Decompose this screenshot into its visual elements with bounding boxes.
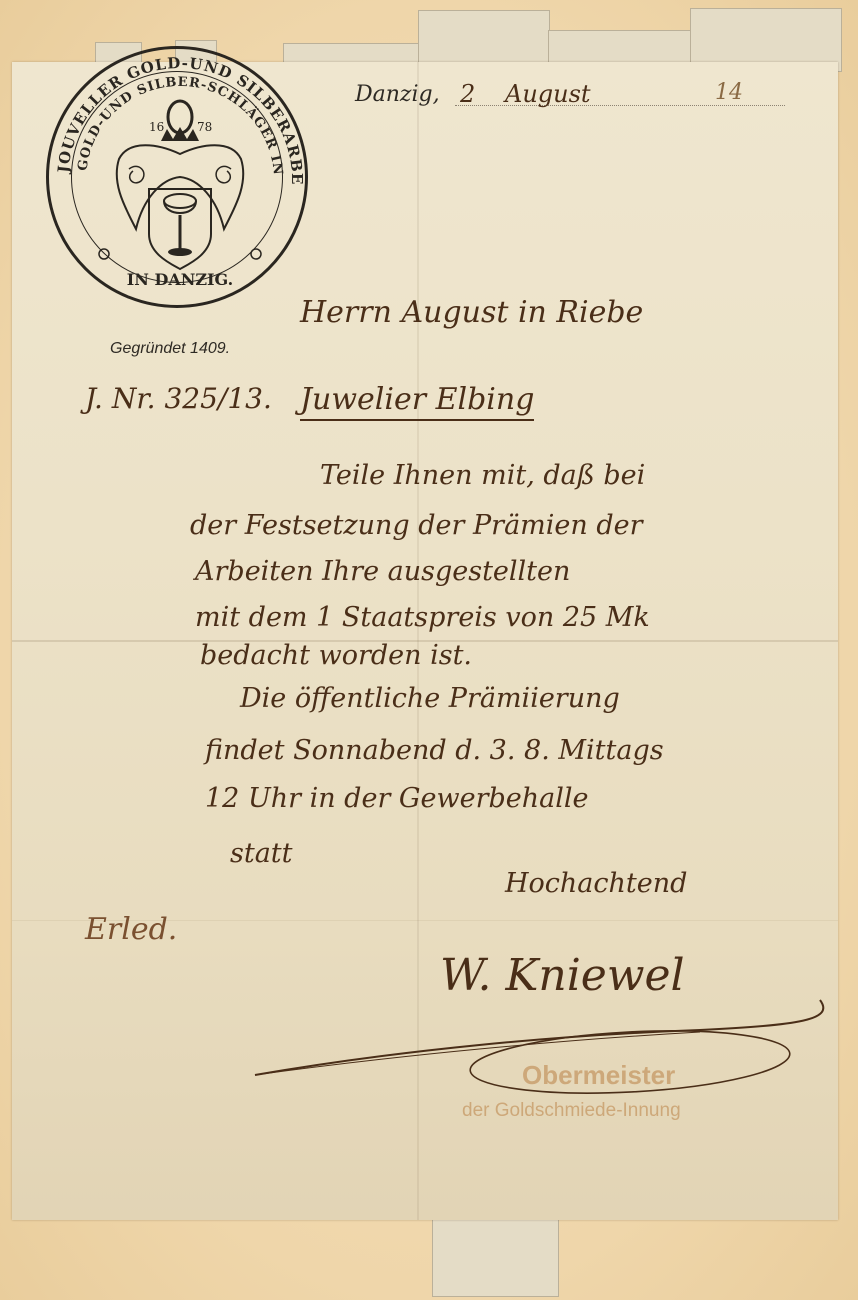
guild-seal: JOUVELLER GOLD-UND SILBERARBEITER GOLD-U… [46, 46, 308, 308]
seal-bottom-text: IN DANZIG. [127, 270, 233, 289]
body-line: Arbeiten Ihre ausgestellten [195, 556, 570, 587]
seal-year-right: 78 [197, 120, 212, 134]
place-printed: Danzig, [355, 82, 440, 107]
recipient-line-2: Juwelier Elbing [300, 382, 534, 421]
margin-note: Erled. [85, 912, 177, 947]
body-line: statt [230, 838, 293, 869]
body-line: mit dem 1 Staatspreis von 25 Mk [195, 602, 650, 633]
date-day: 2 [460, 80, 475, 108]
closing: Hochachtend [505, 868, 687, 899]
seal-emblem-icon: JOUVELLER GOLD-UND SILBERARBEITER GOLD-U… [49, 49, 311, 311]
torn-tab [432, 1210, 559, 1297]
reference-number: J. Nr. 325/13. [85, 382, 272, 415]
date-year: 14 [715, 80, 743, 105]
body-line: der Festsetzung der Prämien der [190, 510, 643, 541]
stamp-title: Obermeister [522, 1060, 675, 1091]
seal-year-left: 16 [149, 120, 164, 134]
stamp-subtitle: der Goldschmiede-Innung [462, 1100, 681, 1122]
body-line: findet Sonnabend d. 3. 8. Mittags [205, 735, 664, 766]
recipient-line-1: Herrn August in Riebe [300, 295, 643, 330]
body-line: 12 Uhr in der Gewerbehalle [205, 783, 588, 814]
body-line: Teile Ihnen mit, daß bei [320, 460, 645, 491]
body-line: Die öffentliche Prämiierung [240, 683, 620, 714]
signature: W. Kniewel [440, 950, 685, 1001]
date-month: August [505, 80, 591, 108]
body-line: bedacht worden ist. [200, 640, 472, 671]
founded-label: Gegründet 1409. [110, 340, 230, 358]
